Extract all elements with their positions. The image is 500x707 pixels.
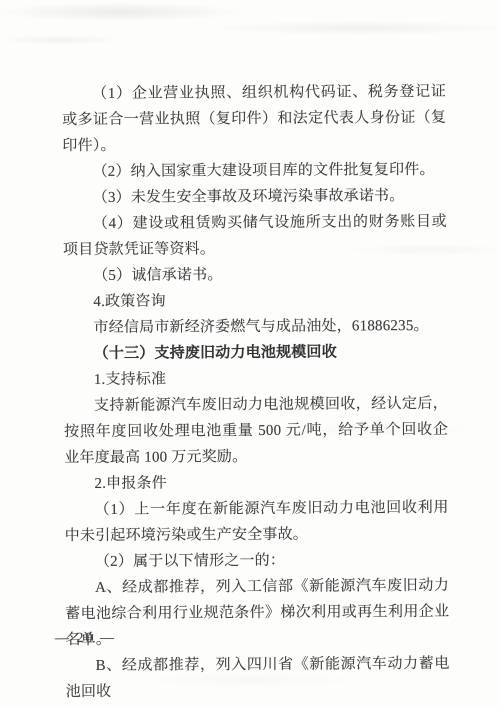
section-heading-13: （十三）支持废旧动力电池规模回收 xyxy=(64,339,448,367)
paragraph-condition-1: （1）上一年度在新能源汽车废旧动力电池回收利用中未引起环境污染或生产安全事故。 xyxy=(65,495,449,549)
paragraph-policy-consult-title: 4.政策咨询 xyxy=(63,287,447,315)
paragraph-policy-consult-contact: 市经信局市新经济委燃气与成品油处，61886235。 xyxy=(63,313,447,341)
paragraph-application-conditions-title: 2.申报条件 xyxy=(64,469,448,497)
page-number: — 20 — xyxy=(55,629,116,649)
document-body: （1）企业营业执照、组织机构代码证、税务登记证或多证合一营业执照（复印件）和法定… xyxy=(62,79,450,705)
paragraph-condition-2a: A、经成都推荐，列入工信部《新能源汽车废旧动力蓄电池综合利用行业规范条件》梯次利… xyxy=(65,573,449,653)
paragraph-condition-2b: B、经成都推荐，列入四川省《新能源汽车动力蓄电池回收 xyxy=(65,651,449,705)
paragraph-attachment-5: （5）诚信承诺书。 xyxy=(63,261,447,289)
paragraph-support-standard-title: 1.支持标准 xyxy=(64,365,448,393)
paragraph-attachment-2: （2）纳入国家重大建设项目库的文件批复复印件。 xyxy=(62,157,446,185)
paragraph-support-standard-body: 支持新能源汽车废旧动力电池规模回收，经认定后，按照年度回收处理电池重量 500 … xyxy=(64,391,448,471)
paragraph-attachment-3: （3）未发生安全事故及环境污染事故承诺书。 xyxy=(63,183,447,211)
paragraph-condition-2: （2）属于以下情形之一的： xyxy=(65,547,449,575)
scanned-document-page: （1）企业营业执照、组织机构代码证、税务登记证或多证合一营业执照（复印件）和法定… xyxy=(0,0,500,707)
paragraph-attachment-4: （4）建设或租赁购买储气设施所支出的财务账目或项目贷款凭证等资料。 xyxy=(63,209,447,263)
paragraph-attachment-1: （1）企业营业执照、组织机构代码证、税务登记证或多证合一营业执照（复印件）和法定… xyxy=(62,79,446,159)
